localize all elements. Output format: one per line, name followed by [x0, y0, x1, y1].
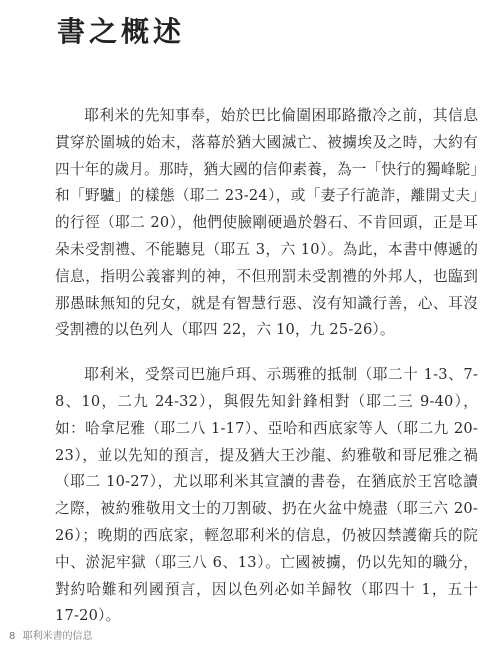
body-text: 耶利米的先知事奉，始於巴比倫圍困耶路撒冷之前，其信息貫穿於圍城的始末，落幕於猶大… — [55, 103, 478, 647]
section-title: 書之概述 — [57, 10, 185, 50]
running-title: 耶利米書的信息 — [23, 631, 93, 642]
page-number: 8 — [9, 631, 15, 642]
page-footer: 8 耶利米書的信息 — [9, 627, 93, 642]
paragraph-1: 耶利米的先知事奉，始於巴比倫圍困耶路撒冷之前，其信息貫穿於圍城的始末，落幕於猶大… — [55, 103, 478, 344]
paragraph-2: 耶利米，受祭司巴施戶珥、示瑪雅的抵制（耶二十 1-3、7-8、10，二九 24-… — [55, 362, 478, 630]
